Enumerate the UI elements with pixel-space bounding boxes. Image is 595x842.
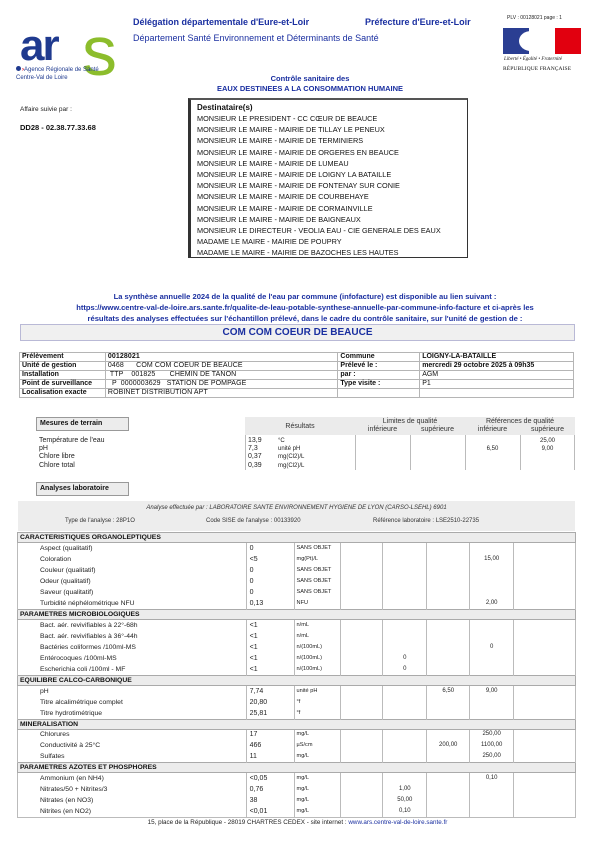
reference-inf [427, 543, 470, 554]
parameter-value: <0,05 [246, 773, 294, 784]
parameter-name: Escherichia coli /100ml - MF [18, 664, 247, 675]
recipient-item: MONSIEUR LE MAIRE - MAIRIE DE BAIGNEAUX [197, 214, 461, 225]
limit-inf [340, 554, 383, 565]
limit-sup [383, 543, 427, 554]
republic-name: RÉPUBLIQUE FRANÇAISE [503, 66, 571, 72]
field-measure-name: Chlore libre [39, 453, 105, 461]
result-row: Aspect (qualitatif)0SANS OBJET [18, 543, 576, 554]
category-row: CARACTERISTIQUES ORGANOLEPTIQUES [18, 533, 576, 543]
parameter-unit: SANS OBJET [294, 576, 340, 587]
field-measure-name: Chlore total [39, 462, 105, 470]
results-table: CARACTERISTIQUES ORGANOLEPTIQUESAspect (… [17, 532, 576, 818]
limit-inf [340, 686, 383, 697]
parameter-value: <5 [246, 554, 294, 565]
parameter-value: 25,81 [246, 708, 294, 719]
reference-sup [470, 784, 514, 795]
limit-inf [340, 642, 383, 653]
reference-sup: 15,00 [470, 554, 514, 565]
info-label: Unité de gestion [20, 362, 106, 371]
spacer-cell [514, 587, 576, 598]
parameter-name: Entérocoques /100ml-MS [18, 653, 247, 664]
limit-sup [383, 697, 427, 708]
category-row: MINERALISATION [18, 719, 576, 729]
parameter-unit: n/(100mL) [294, 653, 340, 664]
result-row: Conductivité à 25°C466µS/cm200,001100,00 [18, 740, 576, 751]
spacer-cell [514, 806, 576, 817]
info-value [420, 389, 574, 398]
footer-address: 15, place de la République - 28019 CHART… [148, 819, 349, 826]
result-row: Odeur (qualitatif)0SANS OBJET [18, 576, 576, 587]
category-row: PARAMETRES AZOTES ET PHOSPHORES [18, 763, 576, 773]
info-value: ROBINET DISTRIBUTION APT [105, 389, 337, 398]
limit-inf [340, 587, 383, 598]
info-row: Installation TTP 001825 CHEMIN DE TANONp… [20, 371, 574, 380]
recipient-item: MONSIEUR LE MAIRE - MAIRIE DE CORMAINVIL… [197, 203, 461, 214]
parameter-unit: mg/L [294, 773, 340, 784]
field-measure-unit: unité pH [278, 445, 300, 453]
reference-inf [427, 784, 470, 795]
result-row: Ammonium (en NH4)<0,05mg/L0,10 [18, 773, 576, 784]
spacer-cell [514, 795, 576, 806]
parameter-value: <1 [246, 620, 294, 631]
recipients-list: MONSIEUR LE PRESIDENT - CC CŒUR DE BEAUC… [197, 113, 461, 259]
recipient-item: MONSIEUR LE MAIRE - MAIRIE DE LOIGNY LA … [197, 169, 461, 180]
spacer-cell [514, 653, 576, 664]
marianne-flag-icon [503, 28, 581, 54]
spacer-cell [514, 543, 576, 554]
analysis-type: Type de l'analyse : 28P1O [65, 518, 135, 524]
result-row: pH7,74unité pH6,509,00 [18, 686, 576, 697]
parameter-unit: n/mL [294, 631, 340, 642]
parameter-unit: °f [294, 697, 340, 708]
reference-inf [427, 708, 470, 719]
parameter-unit: unité pH [294, 686, 340, 697]
parameter-name: Aspect (qualitatif) [18, 543, 247, 554]
info-row: Unité de gestion0468 COM COM COEUR DE BE… [20, 362, 574, 371]
category-row: PARAMETRES MICROBIOLOGIQUES [18, 610, 576, 620]
info-label: Installation [20, 371, 106, 380]
limit-inf [340, 773, 383, 784]
info-value: AGM [420, 371, 574, 380]
reference-sup: 0 [470, 642, 514, 653]
lab-analyses-header: Analyses laboratoire [36, 482, 129, 496]
limit-sup [383, 576, 427, 587]
synthesis-link[interactable]: https://www.centre-val-de-loire.ars.sant… [15, 302, 595, 313]
limit-sup [383, 554, 427, 565]
result-row: Bact. aér. revivifiables à 36°-44h<1n/mL [18, 631, 576, 642]
parameter-value: 0 [246, 587, 294, 598]
limit-inf [340, 806, 383, 817]
parameter-name: Nitrates/50 + Nitrites/3 [18, 784, 247, 795]
field-measure-unit: mg(Cl2)/L [278, 453, 304, 461]
limit-sup [383, 642, 427, 653]
lab-reference: Référence laboratoire : LSE2510-22735 [373, 518, 479, 524]
recipient-item: MADAME LE MAIRE - MAIRIE DE BAZOCHES LES… [197, 247, 461, 258]
category-name: EQUILIBRE CALCO-CARBONIQUE [18, 676, 576, 686]
parameter-name: Odeur (qualitatif) [18, 576, 247, 587]
reference-inf [427, 620, 470, 631]
spacer-cell [514, 554, 576, 565]
limit-inf [340, 784, 383, 795]
limit-inf [340, 576, 383, 587]
recipients-title: Destinataire(s) [197, 102, 461, 113]
info-label: Point de surveillance [20, 380, 106, 389]
reference-inf [427, 598, 470, 609]
parameter-name: Bact. aér. revivifiables à 22°-68h [18, 620, 247, 631]
spacer-cell [514, 740, 576, 751]
spacer-cell [514, 708, 576, 719]
reference-inf [427, 729, 470, 740]
spacer-cell [514, 697, 576, 708]
field-measure-value: 0,37 [248, 453, 262, 461]
reference-inf [427, 642, 470, 653]
parameter-name: Saveur (qualitatif) [18, 587, 247, 598]
logo-ar: ar [20, 26, 58, 66]
info-label: Prélevé le : [338, 362, 420, 371]
limit-inf [340, 740, 383, 751]
limit-sup: 1,00 [383, 784, 427, 795]
field-measure-value: 0,39 [248, 462, 262, 470]
info-value: LOIGNY-LA-BATAILLE [420, 353, 574, 362]
parameter-value: 20,80 [246, 697, 294, 708]
info-value: TTP 001825 CHEMIN DE TANON [105, 371, 337, 380]
limit-sup [383, 729, 427, 740]
info-label: par : [338, 371, 420, 380]
parameter-name: Chlorures [18, 729, 247, 740]
reference-sup [470, 653, 514, 664]
parameter-name: Ammonium (en NH4) [18, 773, 247, 784]
reference-sup: 250,00 [470, 752, 514, 763]
recipient-item: MONSIEUR LE DIRECTEUR - VEOLIA EAU - CIE… [197, 225, 461, 236]
spacer-cell [514, 686, 576, 697]
logo-dot-icon [16, 66, 21, 71]
reference-inf [427, 697, 470, 708]
reference-inf [427, 653, 470, 664]
recipients-box: Destinataire(s) MONSIEUR LE PRESIDENT - … [188, 98, 468, 258]
reference-inf [427, 795, 470, 806]
result-row: Escherichia coli /100ml - MF<1n/(100mL)0 [18, 664, 576, 675]
reference-inf [427, 752, 470, 763]
reference-sup: 9,00 [470, 686, 514, 697]
spacer-cell [514, 565, 576, 576]
parameter-value: <1 [246, 664, 294, 675]
parameter-name: Bactéries coliformes /100ml-MS [18, 642, 247, 653]
management-unit-title: COM COM COEUR DE BEAUCE [20, 324, 575, 341]
limit-sup [383, 708, 427, 719]
result-row: Turbidité néphélométrique NFU0,13NFU2,00 [18, 598, 576, 609]
footer-website-link[interactable]: www.ars.centre-val-de-loire.sante.fr [348, 819, 447, 826]
parameter-name: Sulfates [18, 752, 247, 763]
reference-inf [427, 664, 470, 675]
parameter-name: Turbidité néphélométrique NFU [18, 598, 247, 609]
parameter-value: 0,13 [246, 598, 294, 609]
limit-sup [383, 773, 427, 784]
limit-sup [383, 740, 427, 751]
affaire-contact: DD28 - 02.38.77.33.68 [20, 123, 96, 132]
parameter-unit: mg/L [294, 795, 340, 806]
recipient-item: MONSIEUR LE PRESIDENT - CC CŒUR DE BEAUC… [197, 113, 461, 124]
info-label [338, 389, 420, 398]
parameter-unit: NFU [294, 598, 340, 609]
parameter-unit: n/(100mL) [294, 642, 340, 653]
reference-inf: 6,50 [427, 686, 470, 697]
field-measure-unit: °C [278, 437, 285, 445]
info-value: mercredi 29 octobre 2025 à 09h35 [420, 362, 574, 371]
parameter-value: 466 [246, 740, 294, 751]
result-row: Chlorures17mg/L250,00 [18, 729, 576, 740]
parameter-name: Couleur (qualitatif) [18, 565, 247, 576]
result-row: Nitrates (en NO3)38mg/L50,00 [18, 795, 576, 806]
parameter-unit: mg/L [294, 729, 340, 740]
category-name: PARAMETRES AZOTES ET PHOSPHORES [18, 763, 576, 773]
reference-sup [470, 697, 514, 708]
field-measure-name: pH [39, 445, 105, 453]
category-name: CARACTERISTIQUES ORGANOLEPTIQUES [18, 533, 576, 543]
info-label: Localisation exacte [20, 389, 106, 398]
parameter-unit: SANS OBJET [294, 587, 340, 598]
limit-inf [340, 653, 383, 664]
parameter-value: 38 [246, 795, 294, 806]
recipient-item: MADAME LE MAIRE - MAIRIE DE POUPRY [197, 236, 461, 247]
parameter-unit: µS/cm [294, 740, 340, 751]
field-measure-ref-sup: 25,00 [520, 437, 575, 445]
reference-sup [470, 620, 514, 631]
result-row: Titre hydrotimétrique25,81°f [18, 708, 576, 719]
parameter-value: <0,01 [246, 806, 294, 817]
parameter-value: 0 [246, 543, 294, 554]
spacer-cell [514, 620, 576, 631]
spacer-cell [514, 664, 576, 675]
parameter-value: 0 [246, 565, 294, 576]
info-label: Prélèvement [20, 353, 106, 362]
synthesis-notice: La synthèse annuelle 2024 de la qualité … [15, 291, 595, 324]
parameter-unit: mg/L [294, 784, 340, 795]
limit-inf [340, 631, 383, 642]
republic-motto: Liberté • Égalité • Fraternité [504, 57, 562, 62]
limit-sup: 50,00 [383, 795, 427, 806]
parameter-value: 0,76 [246, 784, 294, 795]
department-title: Département Santé Environnement et Déter… [133, 33, 379, 43]
field-measure-ref-sup: 9,00 [520, 445, 575, 453]
result-row: Saveur (qualitatif)0SANS OBJET [18, 587, 576, 598]
parameter-value: <1 [246, 642, 294, 653]
limit-sup: 0 [383, 653, 427, 664]
reference-sup: 250,00 [470, 729, 514, 740]
limit-sup [383, 598, 427, 609]
parameter-name: Conductivité à 25°C [18, 740, 247, 751]
parameter-value: 0 [246, 576, 294, 587]
limit-sup [383, 686, 427, 697]
ars-logo: ar s ›Agence Régionale de Santé Centre-V… [14, 18, 124, 88]
spacer-cell [514, 576, 576, 587]
reference-sup: 1100,00 [470, 740, 514, 751]
info-row: Point de surveillance P 0000003629 STATI… [20, 380, 574, 389]
info-label: Commune [338, 353, 420, 362]
parameter-unit: mg(Pt)/L [294, 554, 340, 565]
sampling-info-table: Prélèvement00128021CommuneLOIGNY-LA-BATA… [19, 352, 574, 398]
parameter-name: Nitrites (en NO2) [18, 806, 247, 817]
reference-inf [427, 554, 470, 565]
result-row: Coloration<5mg(Pt)/L15,00 [18, 554, 576, 565]
delegation-title: Délégation départementale d'Eure-et-Loir [133, 17, 309, 27]
recipient-item: MONSIEUR LE MAIRE - MAIRIE DE LUMEAU [197, 158, 461, 169]
result-row: Sulfates11mg/L250,00 [18, 752, 576, 763]
spacer-cell [514, 784, 576, 795]
limit-sup: 0 [383, 664, 427, 675]
info-value: P 0000003629 STATION DE POMPAGE [105, 380, 337, 389]
parameter-value: 17 [246, 729, 294, 740]
reference-inf [427, 576, 470, 587]
limit-sup [383, 620, 427, 631]
result-row: Bact. aér. revivifiables à 22°-68h<1n/mL [18, 620, 576, 631]
result-row: Nitrates/50 + Nitrites/30,76mg/L1,00 [18, 784, 576, 795]
field-measure-name: Température de l'eau [39, 437, 105, 445]
limit-sup [383, 631, 427, 642]
reference-sup [470, 795, 514, 806]
result-row: Entérocoques /100ml-MS<1n/(100mL)0 [18, 653, 576, 664]
reference-inf [427, 565, 470, 576]
reference-sup [470, 587, 514, 598]
prefecture-title: Préfecture d'Eure-et-Loir [365, 17, 471, 27]
field-measure-unit: mg(Cl2)/L [278, 462, 304, 470]
recipient-item: MONSIEUR LE MAIRE - MAIRIE DE TILLAY LE … [197, 124, 461, 135]
info-row: Localisation exacteROBINET DISTRIBUTION … [20, 389, 574, 398]
parameter-value: 11 [246, 752, 294, 763]
limit-inf [340, 664, 383, 675]
lab-name: Analyse effectuée par : LABORATOIRE SANT… [18, 505, 575, 511]
limit-sup [383, 752, 427, 763]
footer: 15, place de la République - 28019 CHART… [0, 819, 595, 826]
recipient-item: MONSIEUR LE MAIRE - MAIRIE DE ORGERES EN… [197, 147, 461, 158]
reference-sup: 0,10 [470, 773, 514, 784]
control-title: Contrôle sanitaire des EAUX DESTINEES A … [150, 74, 470, 94]
result-row: Titre alcalimétrique complet20,80°f [18, 697, 576, 708]
reference-sup: 2,00 [470, 598, 514, 609]
lab-info: Analyse effectuée par : LABORATOIRE SANT… [18, 501, 575, 531]
parameter-name: pH [18, 686, 247, 697]
limit-inf [340, 752, 383, 763]
reference-sup [470, 708, 514, 719]
parameter-unit: mg/L [294, 752, 340, 763]
parameter-name: Titre hydrotimétrique [18, 708, 247, 719]
spacer-cell [514, 598, 576, 609]
plv-reference: PLV : 00128021 page : 1 [507, 15, 562, 21]
reference-inf [427, 773, 470, 784]
limit-inf [340, 620, 383, 631]
parameter-name: Bact. aér. revivifiables à 36°-44h [18, 631, 247, 642]
info-value: 00128021 [105, 353, 337, 362]
limit-inf [340, 795, 383, 806]
recipient-item: MONSIEUR LE MAIRE - MAIRIE DE TERMINIERS [197, 135, 461, 146]
reference-sup [470, 664, 514, 675]
limit-inf [340, 708, 383, 719]
category-row: EQUILIBRE CALCO-CARBONIQUE [18, 676, 576, 686]
quality-headers: Résultats Limites de qualité inférieure … [245, 417, 575, 435]
reference-sup [470, 565, 514, 576]
parameter-unit: n/mL [294, 620, 340, 631]
limit-sup: 0,10 [383, 806, 427, 817]
recipient-item: MONSIEUR LE MAIRE - MAIRIE DE COURBEHAYE [197, 191, 461, 202]
info-value: P1 [420, 380, 574, 389]
parameter-unit: SANS OBJET [294, 543, 340, 554]
field-measure-value: 13,9 [248, 437, 262, 445]
sise-code: Code SISE de l'analyse : 00133920 [206, 518, 301, 524]
parameter-name: Coloration [18, 554, 247, 565]
spacer-cell [514, 642, 576, 653]
result-row: Bactéries coliformes /100ml-MS<1n/(100mL… [18, 642, 576, 653]
limit-sup [383, 587, 427, 598]
parameter-name: Nitrates (en NO3) [18, 795, 247, 806]
field-measure-value: 7,3 [248, 445, 258, 453]
field-measures-header: Mesures de terrain [36, 417, 129, 431]
reference-inf [427, 806, 470, 817]
parameter-value: <1 [246, 631, 294, 642]
spacer-cell [514, 752, 576, 763]
info-value: 0468 COM COM COEUR DE BEAUCE [105, 362, 337, 371]
parameter-name: Titre alcalimétrique complet [18, 697, 247, 708]
affaire-label: Affaire suivie par : [20, 106, 72, 113]
parameter-unit: °f [294, 708, 340, 719]
reference-sup [470, 543, 514, 554]
parameter-unit: SANS OBJET [294, 565, 340, 576]
limit-inf [340, 565, 383, 576]
info-label: Type visite : [338, 380, 420, 389]
result-row: Nitrites (en NO2)<0,01mg/L0,10 [18, 806, 576, 817]
result-row: Couleur (qualitatif)0SANS OBJET [18, 565, 576, 576]
reference-inf [427, 587, 470, 598]
spacer-cell [514, 729, 576, 740]
parameter-value: 7,74 [246, 686, 294, 697]
limit-inf [340, 598, 383, 609]
reference-inf: 200,00 [427, 740, 470, 751]
reference-sup [470, 576, 514, 587]
parameter-unit: mg/L [294, 806, 340, 817]
limit-inf [340, 729, 383, 740]
limit-inf [340, 543, 383, 554]
reference-sup [470, 806, 514, 817]
parameter-unit: n/(100mL) [294, 664, 340, 675]
recipient-item: MONSIEUR LE MAIRE - MAIRIE DE FONTENAY S… [197, 180, 461, 191]
reference-sup [470, 631, 514, 642]
parameter-value: <1 [246, 653, 294, 664]
limit-sup [383, 565, 427, 576]
spacer-cell [514, 773, 576, 784]
field-measure-values: 13,9°C25,007,3unité pH6,509,000,37mg(Cl2… [245, 435, 575, 470]
field-measure-ref-inf: 6,50 [465, 445, 520, 453]
spacer-cell [514, 631, 576, 642]
reference-inf [427, 631, 470, 642]
info-row: Prélèvement00128021CommuneLOIGNY-LA-BATA… [20, 353, 574, 362]
field-measure-names: Température de l'eaupHChlore libreChlore… [39, 437, 105, 470]
logo-agency-name: ›Agence Régionale de Santé Centre-Val de… [16, 66, 99, 82]
category-name: PARAMETRES MICROBIOLOGIQUES [18, 610, 576, 620]
category-name: MINERALISATION [18, 719, 576, 729]
limit-inf [340, 697, 383, 708]
